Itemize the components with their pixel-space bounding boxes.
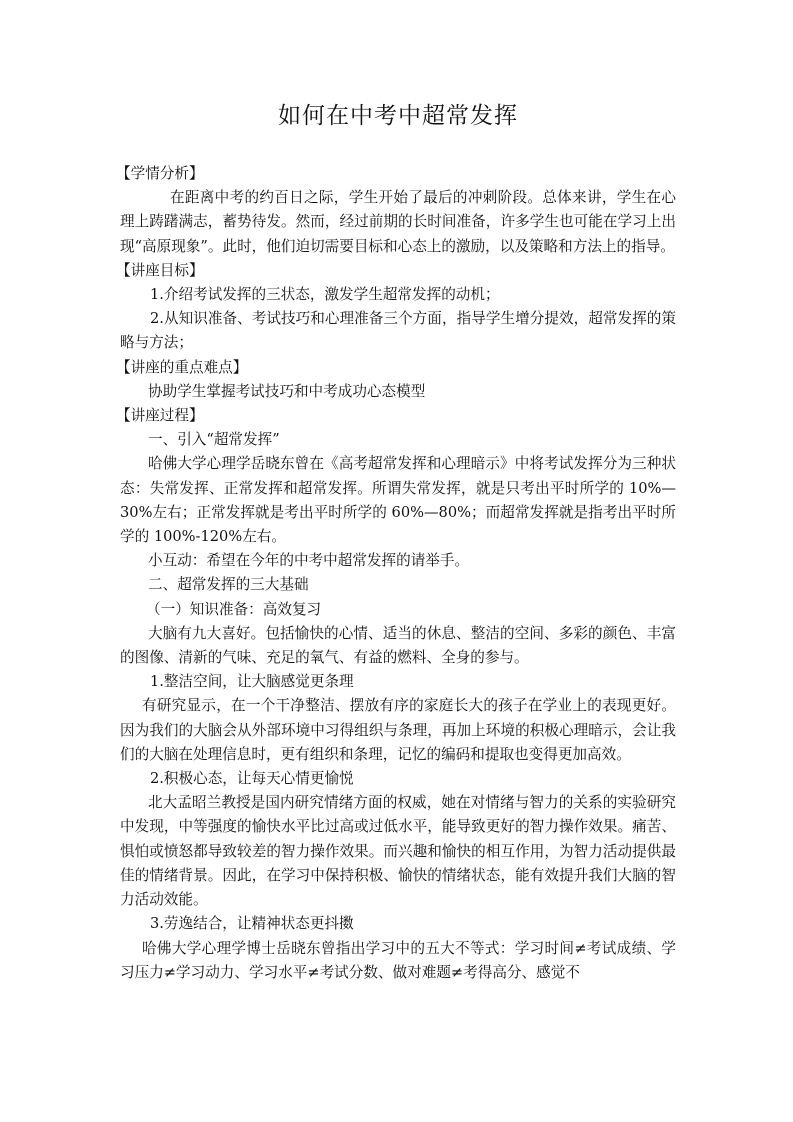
- point2-title: 2.积极心态，让每天心情更愉悦: [120, 767, 676, 791]
- part2-title: 二、超常发挥的三大基础: [120, 573, 676, 597]
- point3-paragraph: 哈佛大学心理学博士岳晓东曾指出学习中的五大不等式：学习时间≠考试成绩、学习压力≠…: [120, 937, 676, 985]
- section-heading-goals: 【讲座目标】: [116, 259, 676, 283]
- goal-item-2: 2.从知识准备、考试技巧和心理准备三个方面，指导学生增分提效，超常发挥的策略与方…: [120, 307, 676, 355]
- point3-title: 3.劳逸结合，让精神状态更抖擞: [120, 912, 676, 936]
- point1-paragraph: 有研究显示，在一个干净整洁、摆放有序的家庭长大的孩子在学业上的表现更好。因为我们…: [120, 694, 676, 767]
- part1-paragraph: 哈佛大学心理学岳晓东曾在《高考超常发挥和心理暗示》中将考试发挥分为三种状态：失常…: [120, 452, 676, 549]
- point2-paragraph: 北大孟昭兰教授是国内研究情绪方面的权威，她在对情绪与智力的关系的实验研究中发现，…: [120, 791, 676, 912]
- interaction-paragraph: 小互动：希望在今年的中考中超常发挥的请举手。: [120, 549, 676, 573]
- section-heading-process: 【讲座过程】: [116, 404, 676, 428]
- section-heading-key-points: 【讲座的重点难点】: [116, 356, 676, 380]
- document-body: 【学情分析】 在距离中考的约百日之际，学生开始了最后的冲刺阶段。总体来讲，学生在…: [120, 162, 676, 985]
- sub1-title: （一）知识准备：高效复习: [120, 598, 676, 622]
- section-heading-analysis: 【学情分析】: [116, 162, 676, 186]
- document-title: 如何在中考中超常发挥: [120, 101, 676, 131]
- sub1-paragraph: 大脑有九大喜好。包括愉快的心情、适当的休息、整洁的空间、多彩的颜色、丰富的图像、…: [120, 622, 676, 670]
- key-points-paragraph: 协助学生掌握考试技巧和中考成功心态模型: [120, 380, 676, 404]
- point1-title: 1.整洁空间，让大脑感觉更条理: [120, 670, 676, 694]
- goal-item-1: 1.介绍考试发挥的三状态，激发学生超常发挥的动机；: [120, 283, 676, 307]
- part1-title: 一、引入“超常发挥”: [120, 428, 676, 452]
- analysis-paragraph: 在距离中考的约百日之际，学生开始了最后的冲刺阶段。总体来讲，学生在心理上踌躇满志…: [120, 186, 676, 259]
